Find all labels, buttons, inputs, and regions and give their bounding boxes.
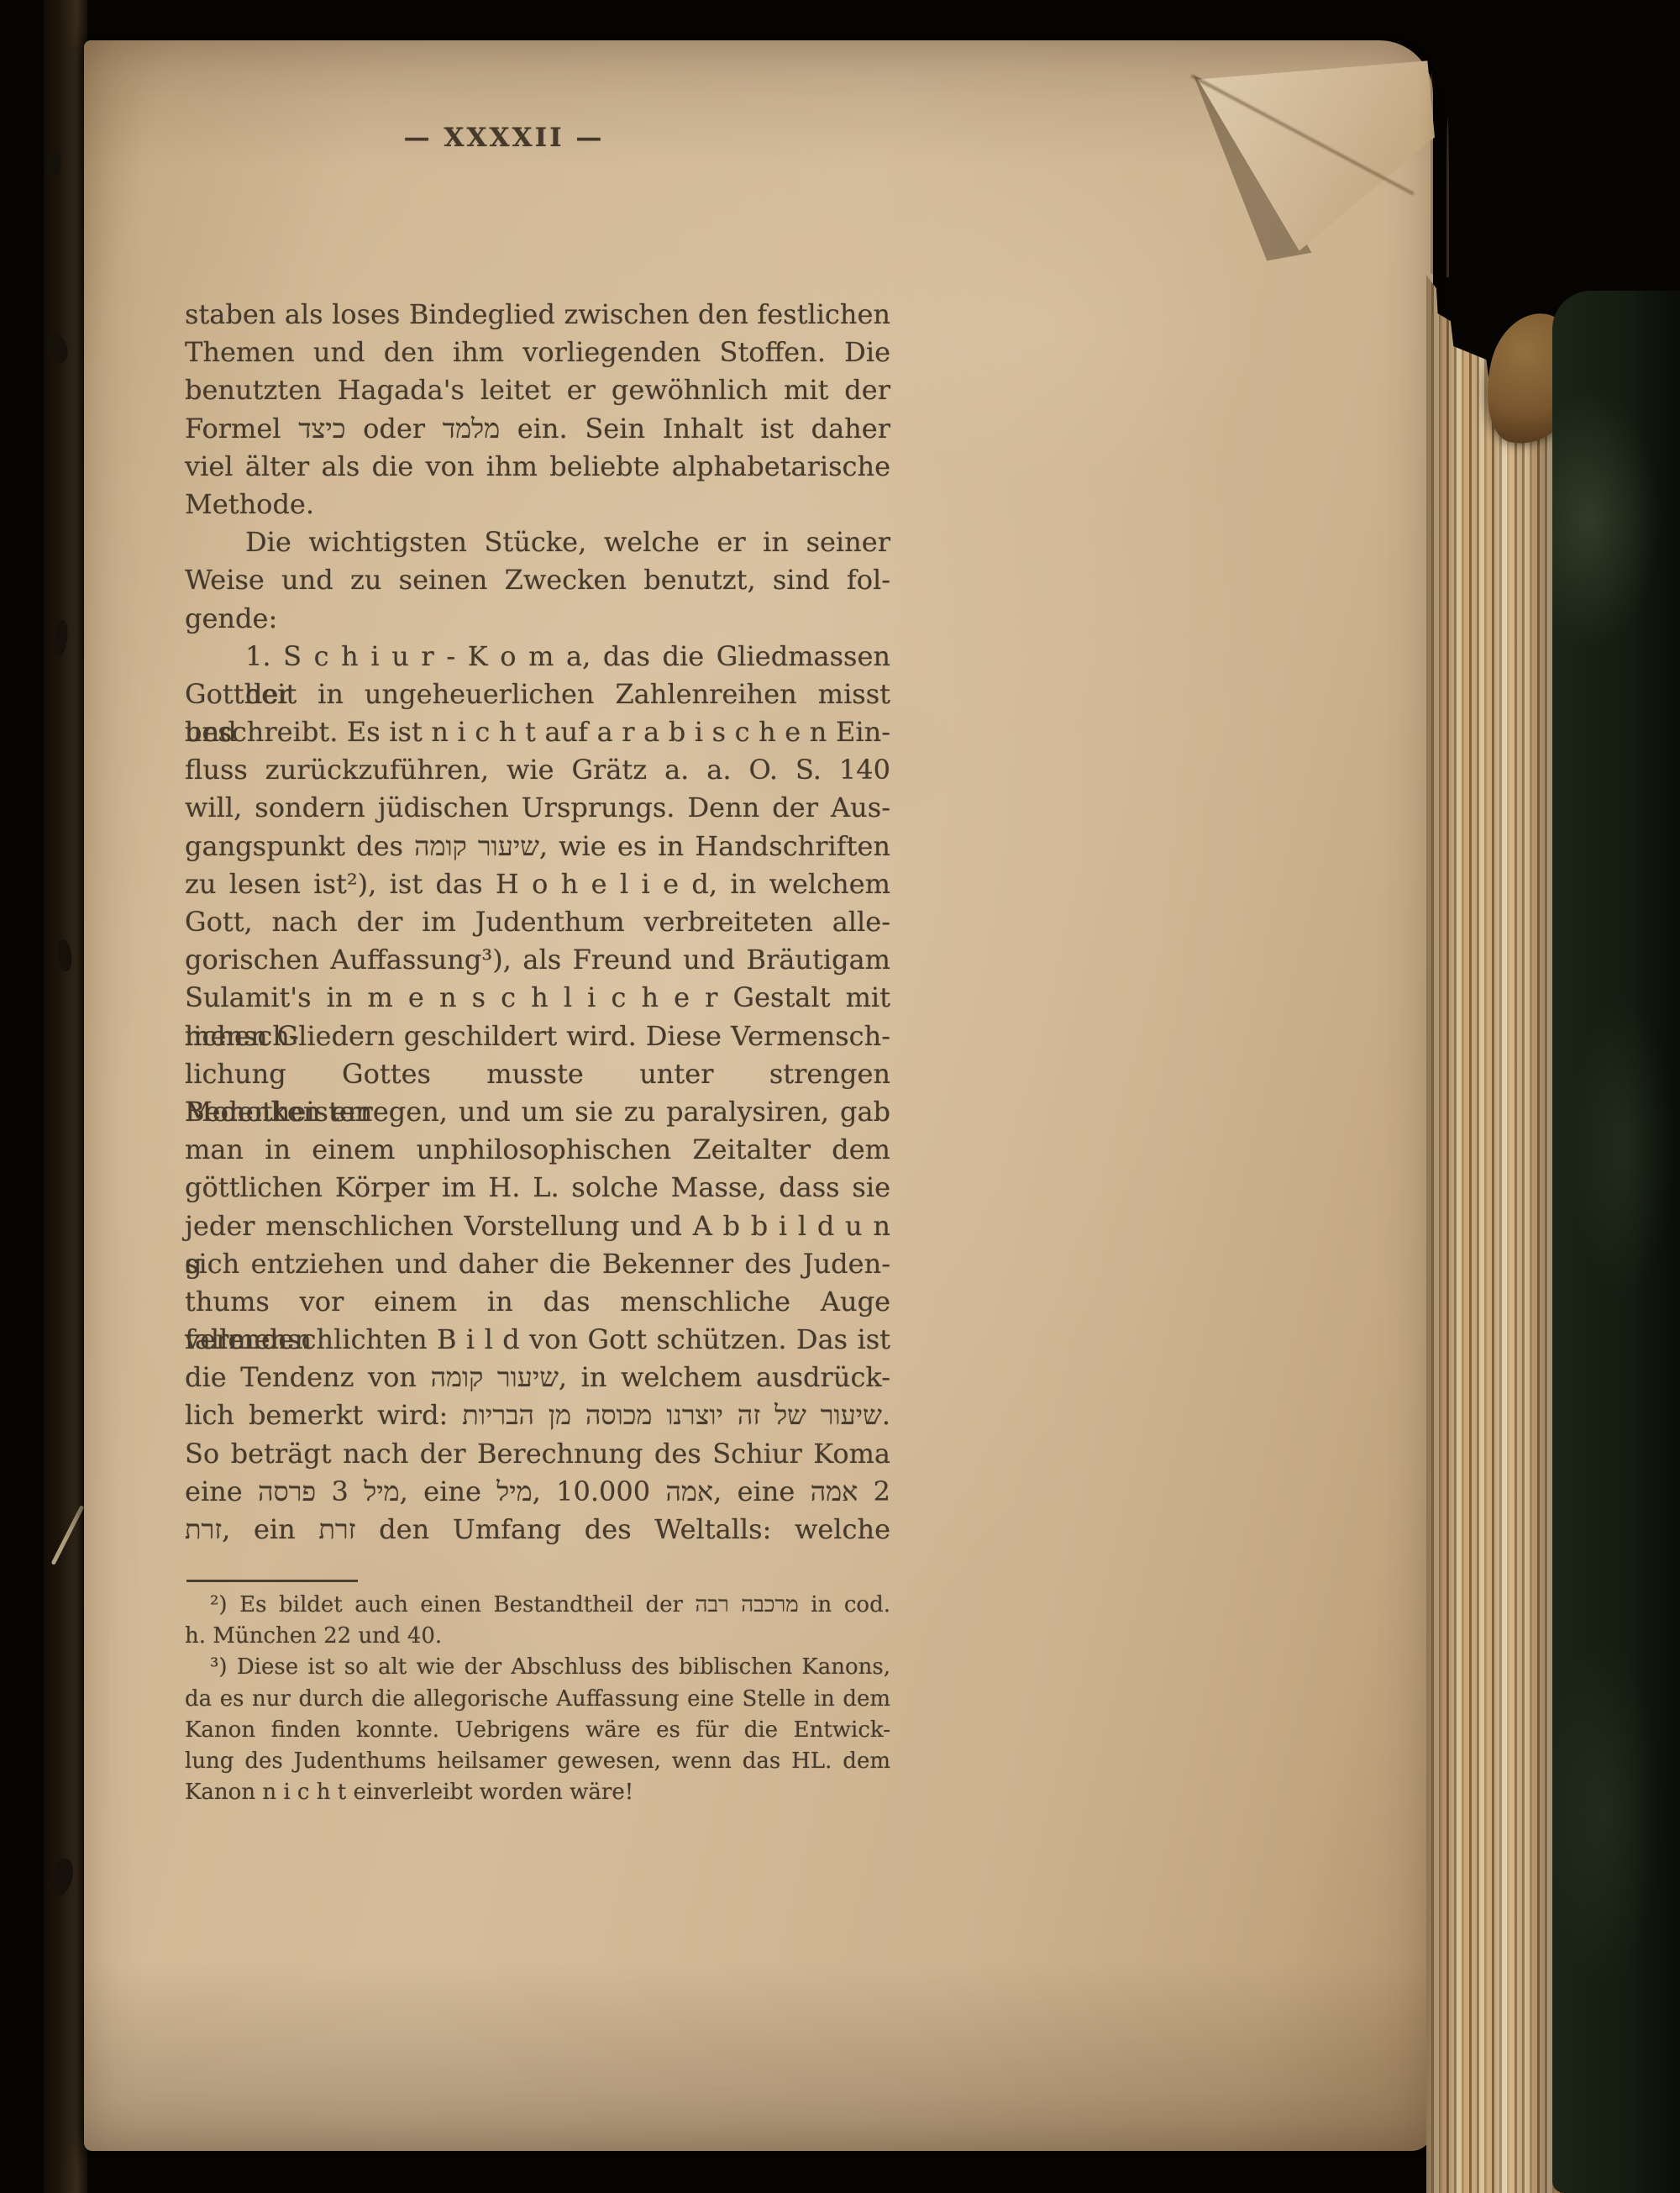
text-line: sich entziehen und daher die Bekenner de… — [185, 1245, 890, 1283]
book-cover-edge — [1552, 291, 1680, 2193]
text-line: 1. S c h i u r - K o m a, das die Gliedm… — [185, 638, 890, 676]
footnote-line: Kanon n i c h t einverleibt worden wäre! — [185, 1777, 890, 1808]
text-line: göttlichen Körper im H. L. solche Masse,… — [185, 1169, 890, 1207]
text-line: eine פרסה‎ 3 מיל‎, eine מיל‎, 10.000 אמה… — [185, 1473, 890, 1511]
text-line: thums vor einem in das menschliche Auge … — [185, 1283, 890, 1321]
text-line: staben als loses Bindeglied zwischen den… — [185, 296, 890, 334]
footnote-line: ³) Diese ist so alt wie der Abschluss de… — [185, 1652, 890, 1683]
text-line: fluss zurückzuführen, wie Grätz a. a. O.… — [185, 751, 890, 789]
text-line: viel älter als die von ihm beliebte alph… — [185, 448, 890, 486]
footnote-line: da es nur durch die allegorische Auffass… — [185, 1684, 890, 1715]
footnote-line: ²) Es bildet auch einen Bestandtheil der… — [185, 1590, 890, 1621]
text-line: gende: — [185, 600, 890, 638]
text-line: Die wichtigsten Stücke, welche er in sei… — [185, 523, 890, 561]
text-line: jeder menschlichen Vorstellung und A b b… — [185, 1207, 890, 1245]
text-line: will, sondern jüdischen Ursprungs. Denn … — [185, 789, 890, 827]
footnotes: ²) Es bildet auch einen Bestandtheil der… — [185, 1590, 890, 1808]
text-line: Weise und zu seinen Zwecken benutzt, sin… — [185, 561, 890, 599]
text-line: gorischen Auffassung³), als Freund und B… — [185, 941, 890, 979]
text-line: Gottheit in ungeheuerlichen Zahlenreihen… — [185, 676, 890, 713]
text-line: So beträgt nach der Berechnung des Schiu… — [185, 1435, 890, 1473]
page-number-header: — XXXXII — — [143, 123, 865, 153]
text-line: gangspunkt des שיעור קומה‎, wie es in Ha… — [185, 828, 890, 865]
footnote-line: h. München 22 und 40. — [185, 1621, 890, 1652]
text-line: man in einem unphilosophischen Zeitalter… — [185, 1131, 890, 1169]
under-page-edge-line — [1446, 118, 1449, 277]
text-line: Gott, nach der im Judenthum verbreiteten… — [185, 903, 890, 941]
text-line: lichen Gliedern geschildert wird. Diese … — [185, 1018, 890, 1055]
fore-edge-page-stack — [1426, 267, 1569, 2193]
text-line: זרת‎, ein זרת‎ den Umfang des Weltalls: … — [185, 1511, 890, 1549]
text-line: lichung Gottes musste unter strengen Mon… — [185, 1055, 890, 1093]
body-text: staben als loses Bindeglied zwischen den… — [185, 296, 890, 1549]
text-line: Formel כיצד oder מלמד ein. Sein Inhalt i… — [185, 410, 890, 448]
footnote-line: lung des Judenthums heilsamer gewesen, w… — [185, 1746, 890, 1777]
paper-highlight — [840, 166, 1260, 486]
text-line: benutzten Hagada's leitet er gewöhnlich … — [185, 371, 890, 409]
footnote-separator — [186, 1580, 358, 1582]
text-line: Sulamit's in m e n s c h l i c h e r Ges… — [185, 979, 890, 1017]
text-line: beschreibt. Es ist n i c h t auf a r a b… — [185, 713, 890, 751]
text-line: Bedenken erregen, und um sie zu paralysi… — [185, 1093, 890, 1131]
text-line: lich bemerkt wird: שיעור של זה יוצרנו מכ… — [185, 1396, 890, 1434]
book-photo: — XXXXII — staben als loses Bindeglied z… — [0, 0, 1680, 2193]
text-line: zu lesen ist²), ist das H o h e l i e d,… — [185, 865, 890, 903]
text-line: Methode. — [185, 486, 890, 523]
text-line: die Tendenz von שיעור קומה‎, in welchem … — [185, 1359, 890, 1396]
text-line: vermenschlichten B i l d von Gott schütz… — [185, 1321, 890, 1359]
text-line: Themen und den ihm vorliegenden Stoffen.… — [185, 334, 890, 371]
footnote-line: Kanon finden konnte. Uebrigens wäre es f… — [185, 1715, 890, 1746]
